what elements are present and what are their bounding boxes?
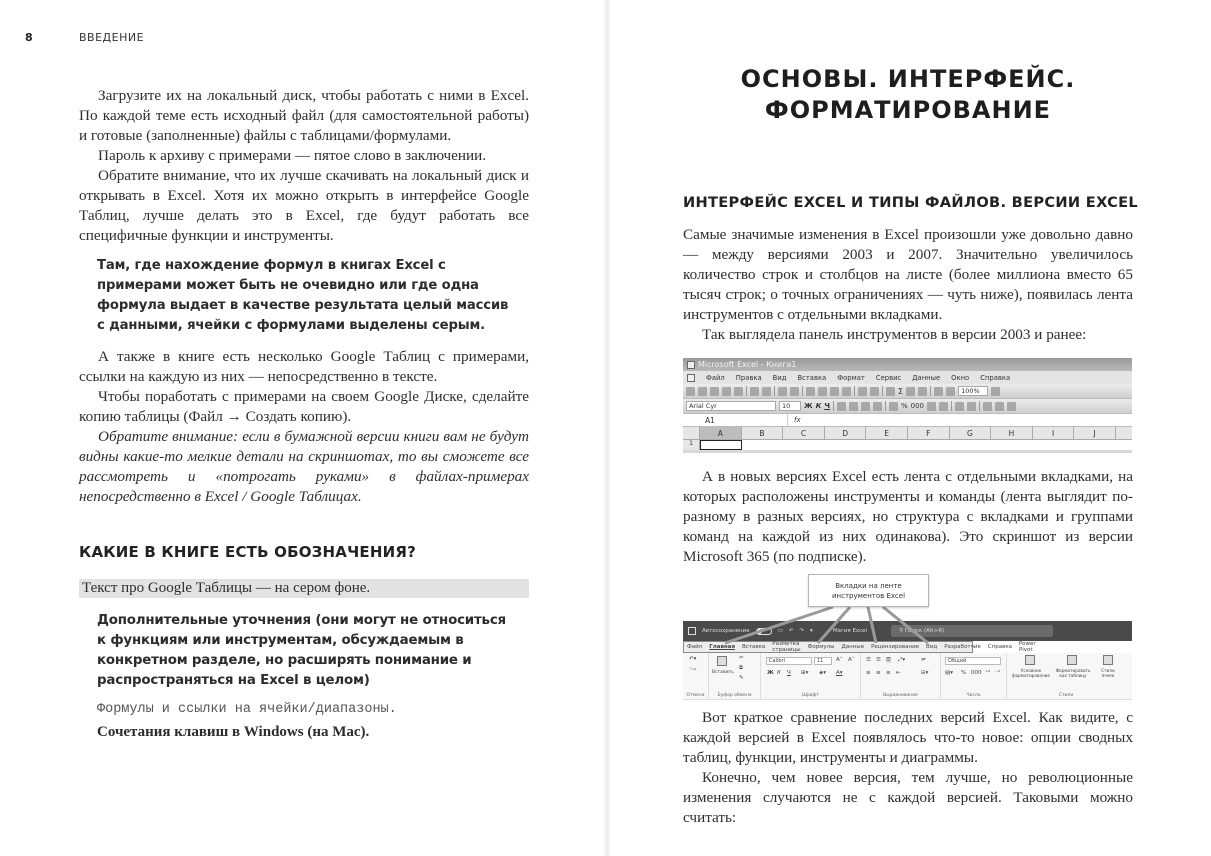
paste-icon[interactable]: [717, 656, 727, 666]
italic-button[interactable]: К: [816, 402, 822, 410]
increase-decimal-icon[interactable]: ⁺⁰: [985, 670, 990, 676]
research-icon[interactable]: [790, 387, 799, 396]
column-header[interactable]: A: [700, 427, 742, 439]
group-label: Буфер обмена: [709, 693, 760, 698]
save-icon[interactable]: [710, 387, 719, 396]
copy-icon[interactable]: [818, 387, 827, 396]
tab-view[interactable]: Вид: [926, 644, 937, 650]
chapter-title-line: ФОРМАТИРОВАНИЕ: [683, 95, 1133, 126]
percent-icon[interactable]: %: [961, 670, 966, 676]
toolbar-separator: [979, 401, 980, 411]
toolbar-separator: [774, 386, 775, 396]
cell-styles-icon[interactable]: [1103, 655, 1113, 665]
font-name-select[interactable]: Arial Cyr: [686, 401, 776, 411]
align-middle-icon[interactable]: ☰: [876, 657, 881, 663]
fx-icon[interactable]: fx: [794, 416, 801, 424]
column-header[interactable]: H: [991, 427, 1033, 439]
legend-bold-note: Дополнительные уточнения (они могут не о…: [97, 611, 517, 691]
align-center-icon[interactable]: ≡: [876, 670, 881, 676]
bold-button[interactable]: Ж: [804, 402, 813, 410]
decrease-indent-icon[interactable]: [955, 402, 964, 411]
tab-insert[interactable]: Вставка: [742, 644, 765, 650]
page-number: 8: [25, 31, 33, 44]
orientation-icon[interactable]: ⤢▾: [898, 657, 905, 664]
tab-home[interactable]: Главная: [709, 644, 735, 650]
toolbar-separator: [746, 386, 747, 396]
intro-paragraphs: Загрузите их на локальный диск, чтобы ра…: [79, 86, 529, 246]
column-header[interactable]: B: [742, 427, 784, 439]
excel-app-icon: [687, 361, 695, 369]
paragraph: А также в книге есть несколько Google Та…: [79, 347, 529, 387]
spelling-icon[interactable]: [778, 387, 787, 396]
window-title-bar: Microsoft Excel - Книга1: [683, 358, 1132, 371]
excel-logo-icon: [688, 627, 696, 635]
increase-decimal-icon[interactable]: [927, 402, 936, 411]
underline-button[interactable]: Ч: [787, 670, 791, 676]
decrease-decimal-icon[interactable]: ⁻⁰: [995, 670, 1000, 676]
autosum-icon[interactable]: Σ: [898, 387, 903, 396]
align-left-icon[interactable]: [837, 402, 846, 411]
chapter-title-line: ОСНОВЫ. ИНТЕРФЕЙС.: [683, 64, 1133, 95]
undo-icon[interactable]: ↶▾: [689, 656, 696, 662]
align-left-icon[interactable]: ≡: [866, 670, 871, 676]
borders-icon[interactable]: ⊞▾: [801, 670, 808, 676]
italic-button[interactable]: К: [777, 670, 781, 676]
format-as-table-button[interactable]: Форматировать как таблицу: [1053, 668, 1093, 678]
active-cell[interactable]: [700, 440, 742, 450]
permission-icon[interactable]: [722, 387, 731, 396]
menu-item[interactable]: Вставка: [797, 374, 826, 382]
standard-toolbar: Σ 100%: [683, 384, 1132, 399]
undo-icon[interactable]: ↶: [789, 628, 794, 634]
paragraph: Загрузите их на локальный диск, чтобы ра…: [79, 86, 529, 146]
window-title: Microsoft Excel - Книга1: [698, 358, 796, 371]
search-input[interactable]: ⚲ Поиск (Alt+Я): [891, 625, 1053, 637]
hyperlink-icon[interactable]: [886, 387, 895, 396]
select-all-corner[interactable]: [683, 427, 700, 439]
bold-button[interactable]: Ж: [767, 670, 774, 676]
merge-center-icon[interactable]: [873, 402, 882, 411]
increase-font-icon[interactable]: A˄: [836, 657, 843, 663]
toolbar-separator: [885, 401, 886, 411]
excel-2003-screenshot: Microsoft Excel - Книга1 Файл Правка Вид…: [683, 358, 1132, 453]
paragraph: Чтобы поработать с примерами на своем Go…: [79, 387, 529, 427]
menu-item[interactable]: Окно: [951, 374, 969, 382]
toolbar-separator: [833, 401, 834, 411]
drawing-icon[interactable]: [946, 387, 955, 396]
thousands-button[interactable]: 000: [911, 402, 924, 410]
wrap-text-icon[interactable]: ⇌: [921, 657, 926, 663]
comparison-paragraphs: Вот краткое сравнение последних версий E…: [683, 708, 1133, 828]
section-heading-interface: ИНТЕРФЕЙС EXCEL И ТИПЫ ФАЙЛОВ. ВЕРСИИ EX…: [683, 194, 1138, 211]
italic-note: Обратите внимание: если в бумажной верси…: [79, 427, 529, 507]
group-font: Calibri 11 A˄ A˅ Ж К Ч ⊞▾ ◈▾ A▾ Шрифт: [761, 653, 861, 700]
formula-bar: A1 fx: [683, 414, 1132, 427]
ribbon-tabs: Файл Главная Вставка Разметка страницы Ф…: [683, 641, 973, 653]
legend-formula-mono: Формулы и ссылки на ячейки/диапазоны.: [97, 702, 397, 717]
toolbar-separator: [882, 386, 883, 396]
column-header[interactable]: C: [783, 427, 825, 439]
format-painter-icon[interactable]: ✎: [739, 675, 744, 681]
open-icon[interactable]: [698, 387, 707, 396]
chapter-title: ОСНОВЫ. ИНТЕРФЕЙС. ФОРМАТИРОВАНИЕ: [683, 64, 1133, 126]
print-preview-icon[interactable]: [762, 387, 771, 396]
title-bar: Автосохранение ▭ ↶ ↷ ▾ Магия Excel ⚲ Пои…: [683, 621, 1132, 641]
column-header[interactable]: F: [908, 427, 950, 439]
autosave-label: Автосохранение: [702, 628, 750, 634]
accounting-icon[interactable]: ▤▾: [945, 670, 953, 676]
conditional-formatting-button[interactable]: Условное форматирование: [1009, 668, 1053, 678]
sort-asc-icon[interactable]: [906, 387, 915, 396]
decrease-decimal-icon[interactable]: [939, 402, 948, 411]
borders-icon[interactable]: [983, 402, 992, 411]
number-format-select[interactable]: Общий: [945, 657, 1001, 665]
group-label: Число: [941, 693, 1006, 698]
excel-365-screenshot: Автосохранение ▭ ↶ ↷ ▾ Магия Excel ⚲ Пои…: [683, 621, 1132, 700]
group-styles: Условное форматирование Форматировать ка…: [1007, 653, 1125, 700]
chart-wizard-icon[interactable]: [934, 387, 943, 396]
group-undo: ↶▾ ↷▾ Отмена: [683, 653, 709, 700]
menu-item[interactable]: Правка: [736, 374, 762, 382]
column-header[interactable]: J: [1074, 427, 1116, 439]
column-header[interactable]: G: [950, 427, 992, 439]
save-icon[interactable]: ▭: [778, 628, 783, 634]
tabs-callout: Вкладки на ленте инструментов Excel: [808, 574, 929, 607]
group-number: Общий ▤▾ % 000 ⁺⁰ ⁻⁰ Число: [941, 653, 1007, 700]
paste-icon[interactable]: [830, 387, 839, 396]
tab-help[interactable]: Справка: [988, 644, 1012, 650]
underline-button[interactable]: Ч: [824, 402, 830, 410]
running-title: ВВЕДЕНИЕ: [79, 31, 144, 44]
font-size-select[interactable]: 10: [779, 401, 801, 411]
paragraph: Так выглядела панель инструментов в верс…: [683, 325, 1133, 345]
legend-gray-background: Текст про Google Таблицы — на сером фоне…: [79, 579, 529, 598]
versions-paragraphs: Самые значимые изменения в Excel произош…: [683, 225, 1133, 345]
tab-data[interactable]: Данные: [842, 644, 865, 650]
font-size-select[interactable]: 11: [814, 657, 832, 665]
align-top-icon[interactable]: ☰: [866, 657, 871, 663]
bold-note: Там, где нахождение формул в книгах Exce…: [97, 256, 517, 336]
copy-icon[interactable]: ⧉: [739, 665, 743, 672]
menu-item[interactable]: Данные: [912, 374, 940, 382]
group-clipboard: Вставить ✂ ⧉ ✎ Буфер обмена: [709, 653, 761, 700]
paste-label[interactable]: Вставить: [712, 670, 734, 675]
comma-icon[interactable]: 000: [971, 670, 982, 676]
undo-icon[interactable]: [858, 387, 867, 396]
align-bottom-icon[interactable]: ☰: [886, 657, 891, 663]
align-right-icon[interactable]: ≡: [886, 670, 891, 676]
tab-file[interactable]: Файл: [687, 644, 702, 650]
ribbon-home: ↶▾ ↷▾ Отмена Вставить ✂ ⧉ ✎ Буфер обмена…: [683, 653, 1132, 700]
menu-item[interactable]: Формат: [837, 374, 865, 382]
search-placeholder: Поиск (Alt+Я): [905, 628, 944, 634]
help-icon[interactable]: [991, 387, 1000, 396]
tab-developer[interactable]: Разработчик: [944, 644, 981, 650]
paragraph: А в новых версиях Excel есть лента с отд…: [683, 467, 1133, 567]
name-box[interactable]: A1: [683, 414, 788, 427]
email-icon[interactable]: [734, 387, 743, 396]
toolbar-separator: [951, 401, 952, 411]
ribbon-paragraph: А в новых версиях Excel есть лента с отд…: [683, 467, 1133, 567]
cell-styles-button[interactable]: Стили ячеек: [1095, 668, 1121, 678]
decrease-font-icon[interactable]: A˅: [848, 657, 855, 663]
workbook-icon: [687, 374, 695, 382]
print-icon[interactable]: [750, 387, 759, 396]
percent-button[interactable]: %: [901, 402, 908, 410]
toolbar-separator: [802, 386, 803, 396]
paragraph: Вот краткое сравнение последних версий E…: [683, 708, 1133, 768]
cut-icon[interactable]: [806, 387, 815, 396]
google-paragraphs: А также в книге есть несколько Google Та…: [79, 347, 529, 507]
group-label: Шрифт: [761, 693, 860, 698]
menu-item[interactable]: Файл: [706, 374, 725, 382]
tab-page-layout[interactable]: Разметка страницы: [772, 641, 800, 653]
row-header[interactable]: 1: [683, 440, 700, 450]
column-header[interactable]: D: [825, 427, 867, 439]
paragraph: Самые значимые изменения в Excel произош…: [683, 225, 1133, 325]
toolbar-separator: [930, 386, 931, 396]
redo-icon[interactable]: ↷: [799, 628, 804, 634]
group-label: Выравнивание: [861, 693, 940, 698]
redo-icon[interactable]: [870, 387, 879, 396]
menu-item[interactable]: Вид: [773, 374, 787, 382]
menu-item[interactable]: Справка: [980, 374, 1010, 382]
group-label: Стили: [1007, 693, 1125, 698]
legend-shortcuts: Сочетания клавиш в Windows (на Mac).: [97, 724, 369, 741]
increase-indent-icon[interactable]: [967, 402, 976, 411]
tab-power-pivot[interactable]: Power Pivot: [1019, 641, 1036, 653]
merge-icon[interactable]: ⊟▾: [921, 670, 928, 676]
redo-icon[interactable]: ↷▾: [689, 667, 696, 673]
fill-color-icon[interactable]: ◈▾: [819, 670, 826, 676]
font-color-icon[interactable]: A▾: [836, 670, 843, 676]
column-headers: A B C D E F G H I J: [683, 427, 1132, 440]
menu-bar: Файл Правка Вид Вставка Формат Сервис Да…: [683, 371, 1132, 384]
paragraph: Конечно, чем новее версия, тем лучше, но…: [683, 768, 1133, 828]
grid-row: 1: [683, 440, 1132, 450]
align-center-icon[interactable]: [849, 402, 858, 411]
paragraph: Обратите внимание, что их лучше скачиват…: [79, 166, 529, 246]
running-head: 8 ВВЕДЕНИЕ: [0, 31, 604, 47]
currency-icon[interactable]: [889, 402, 898, 411]
align-right-icon[interactable]: [861, 402, 870, 411]
format-as-table-icon[interactable]: [1067, 655, 1077, 665]
menu-item[interactable]: Сервис: [876, 374, 901, 382]
autosave-toggle[interactable]: [756, 628, 772, 635]
cut-icon[interactable]: ✂: [739, 655, 744, 661]
group-alignment: ☰ ☰ ☰ ⤢▾ ⇌ ≡ ≡ ≡ ⇤ ⊟▾ Выравнивание: [861, 653, 941, 700]
zoom-select[interactable]: 100%: [958, 386, 988, 396]
indent-icon[interactable]: ⇤: [896, 670, 901, 676]
column-header[interactable]: E: [866, 427, 908, 439]
formatting-toolbar: Arial Cyr 10 Ж К Ч % 000: [683, 399, 1132, 414]
file-name[interactable]: Магия Excel: [833, 628, 867, 634]
sort-desc-icon[interactable]: [918, 387, 927, 396]
format-painter-icon[interactable]: [842, 387, 851, 396]
tab-formulas[interactable]: Формулы: [808, 644, 835, 650]
font-name-select[interactable]: Calibri: [766, 657, 812, 665]
customize-qat-icon[interactable]: ▾: [810, 628, 813, 634]
tab-review[interactable]: Рецензирование: [871, 644, 919, 650]
font-color-icon[interactable]: [1007, 402, 1016, 411]
conditional-formatting-icon[interactable]: [1025, 655, 1035, 665]
section-heading-notation: КАКИЕ В КНИГЕ ЕСТЬ ОБОЗНАЧЕНИЯ?: [79, 543, 416, 561]
group-label: Отмена: [683, 693, 708, 698]
paragraph: Пароль к архиву с примерами — пятое слов…: [79, 146, 529, 166]
column-header[interactable]: I: [1033, 427, 1075, 439]
fill-color-icon[interactable]: [995, 402, 1004, 411]
new-icon[interactable]: [686, 387, 695, 396]
toolbar-separator: [854, 386, 855, 396]
